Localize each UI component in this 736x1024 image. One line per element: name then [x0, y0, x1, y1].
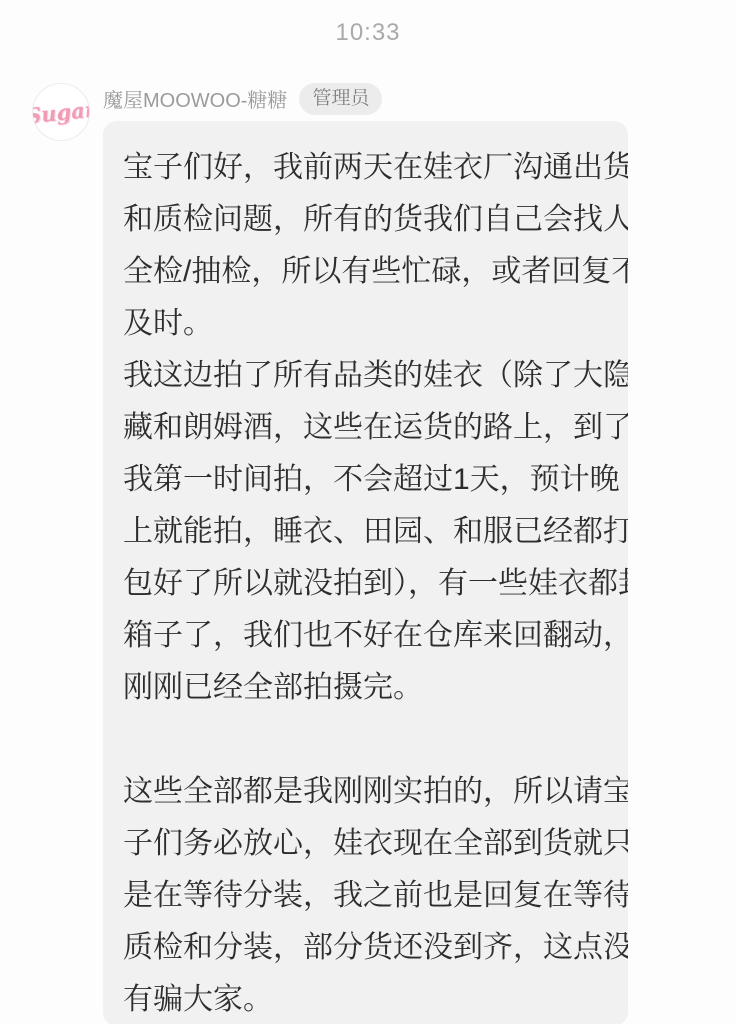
message-content: 魔屋MOOWOO-糖糖 管理员 宝子们好，我前两天在娃衣厂沟通出货 和质检问题，… — [103, 83, 628, 1024]
message-row: Sugar 魔屋MOOWOO-糖糖 管理员 宝子们好，我前两天在娃衣厂沟通出货 … — [0, 83, 736, 1024]
chat-screen: 10:33 Sugar 魔屋MOOWOO-糖糖 管理员 宝子们好，我前两天在娃衣… — [0, 0, 736, 1024]
message-bubble[interactable]: 宝子们好，我前两天在娃衣厂沟通出货 和质检问题，所有的货我们自己会找人 全检/抽… — [103, 121, 628, 1024]
avatar-logo-text: Sugar — [32, 96, 90, 128]
admin-role-badge: 管理员 — [299, 83, 382, 115]
sender-name: 魔屋MOOWOO-糖糖 — [103, 84, 287, 113]
sender-avatar[interactable]: Sugar — [32, 83, 90, 141]
sender-row: 魔屋MOOWOO-糖糖 管理员 — [103, 83, 628, 114]
message-timestamp: 10:33 — [0, 19, 736, 47]
